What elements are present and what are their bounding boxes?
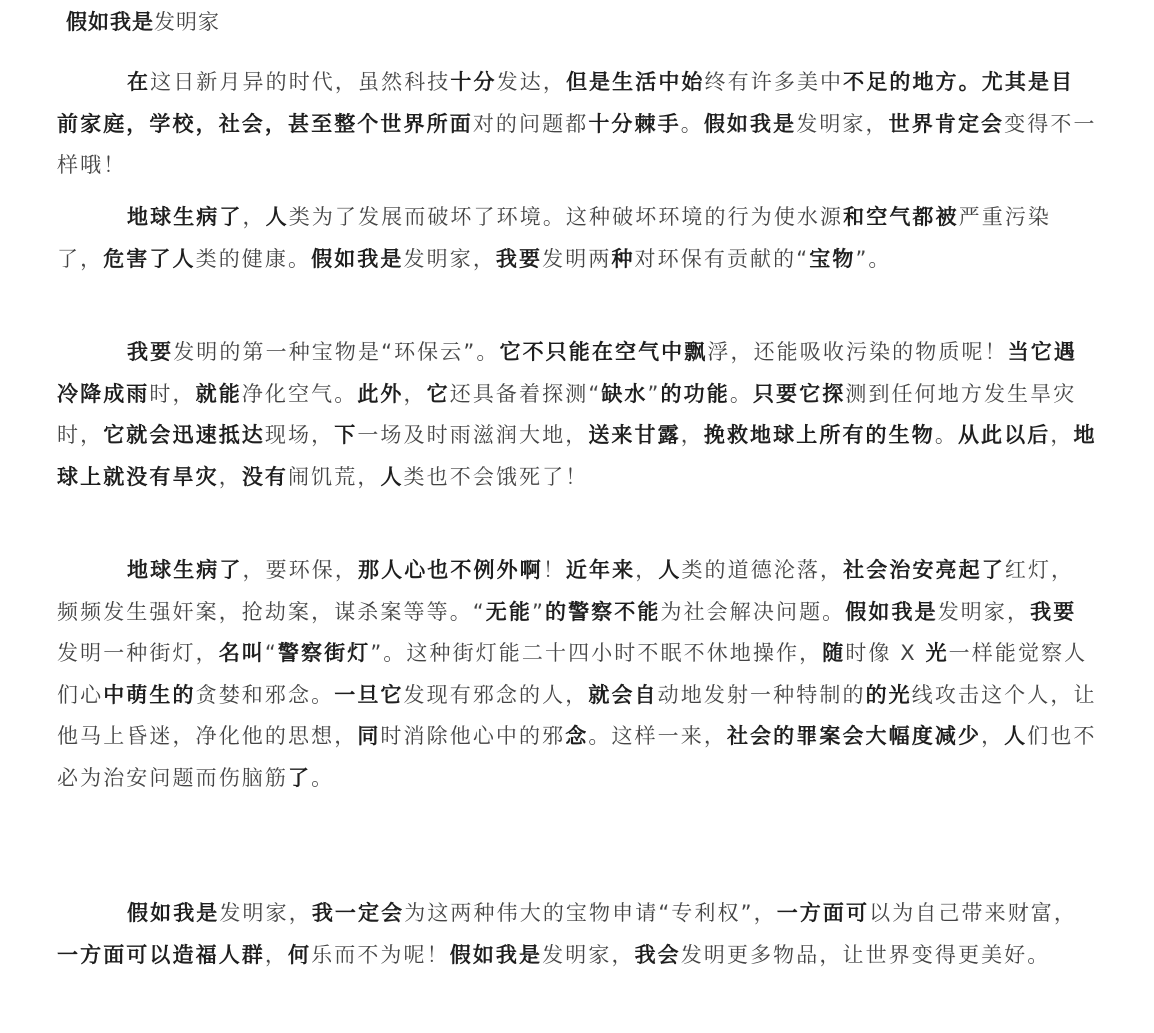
- text-run: ，要环保，: [243, 558, 359, 582]
- bold-text-run: 它: [427, 382, 450, 406]
- bold-text-run: 它就会迅速抵达: [103, 423, 265, 447]
- text-run: 发明两: [542, 247, 611, 271]
- bold-text-run: 十分棘手: [588, 112, 680, 136]
- bold-text-run: 只要它探: [753, 382, 845, 406]
- text-run: ，: [611, 943, 634, 967]
- bold-text-run: 假如我是: [66, 10, 154, 34]
- paragraph-5: 假如我是发明家，我一定会为这两种伟大的宝物申请“专利权”，一方面可以为自己带来财…: [57, 893, 1097, 976]
- text-run: 闹饥荒，: [288, 465, 380, 489]
- text-run: “: [588, 382, 601, 406]
- text-run: ”。: [855, 247, 891, 271]
- document-title: 假如我是发明家: [66, 8, 220, 36]
- bold-text-run: 那人心也不例外啊: [358, 558, 543, 582]
- text-run: 为这两种伟大的宝物申请“专利权”，: [404, 901, 776, 925]
- text-run: ，: [404, 382, 427, 406]
- bold-text-run: 一方面可以造福人群: [57, 943, 265, 967]
- paragraph-1: 在这日新月异的时代，虽然科技十分发达，但是生活中始终有许多美中不足的地方。尤其是…: [57, 62, 1097, 187]
- bold-text-run: 不能: [614, 600, 660, 624]
- text-run: ！: [543, 558, 566, 582]
- text-run: 类也不会饿死了！: [404, 465, 589, 489]
- bold-text-run: 社会的罪案会大幅度减少: [727, 724, 981, 748]
- bold-text-run: 一旦它: [334, 683, 403, 707]
- text-run: ”: [532, 600, 545, 624]
- text-run: 。: [681, 112, 704, 136]
- bold-text-run: 假如我是: [845, 600, 937, 624]
- bold-text-run: 和空气都被: [843, 205, 959, 229]
- paragraph-4: 地球生病了，要环保，那人心也不例外啊！近年来，人类的道德沦落，社会治安亮起了红灯…: [57, 550, 1097, 799]
- text-run: 发明一种街灯，: [57, 641, 219, 665]
- text-run: 家: [588, 943, 611, 967]
- bold-text-run: 就会自: [588, 683, 657, 707]
- text-run: 类的健康。: [196, 247, 312, 271]
- bold-text-run: 它不只能在空气中飘: [499, 340, 707, 364]
- bold-text-run: 我要: [496, 247, 542, 271]
- bold-text-run: 光: [926, 641, 949, 665]
- bold-text-run: 人: [1004, 724, 1027, 748]
- bold-text-run: 警察街: [278, 641, 347, 665]
- text-run: 净化空气。: [242, 382, 358, 406]
- text-run: 还具备着探测: [450, 382, 589, 406]
- bold-text-run: 下: [334, 423, 357, 447]
- text-run: 现场，: [265, 423, 334, 447]
- bold-text-run: 缺水: [601, 382, 647, 406]
- bold-text-run: 可: [846, 901, 869, 925]
- text-run: 发现有邪念的人，: [404, 683, 589, 707]
- text-run: ，: [635, 558, 658, 582]
- bold-text-run: 我一定会: [312, 901, 404, 925]
- bold-text-run: 我要: [127, 340, 173, 364]
- text-run: 动地发射一种特制的: [658, 683, 866, 707]
- text-run: 发明家，: [219, 901, 311, 925]
- bold-text-run: 一方面: [777, 901, 846, 925]
- bold-text-run: 无能: [486, 600, 532, 624]
- text-run: “: [265, 641, 278, 665]
- text-run: 对环保有贡献的“: [635, 247, 810, 271]
- text-run: 浮，还能吸收: [707, 340, 846, 364]
- bold-text-run: 人: [380, 465, 403, 489]
- text-run: ”。这种街灯能二十四小时不眠不休地操作，: [370, 641, 822, 665]
- bold-text-run: 种: [611, 247, 634, 271]
- text-run: 一场及时雨滋润大地，: [357, 423, 588, 447]
- bold-text-run: 十分: [450, 70, 496, 94]
- text-run: 终有许多美中: [705, 70, 844, 94]
- text-run: ，: [219, 465, 242, 489]
- bold-text-run: 假如我是: [311, 247, 403, 271]
- bold-text-run: 的功能: [661, 382, 730, 406]
- text-run: 发明家，: [796, 112, 888, 136]
- text-run: ，: [681, 423, 704, 447]
- text-run: 乐而不为呢！: [311, 943, 450, 967]
- text-run: 类的道德沦落，: [681, 558, 843, 582]
- text-run: 。: [311, 766, 334, 790]
- bold-text-run: 世界肯定会: [889, 112, 1005, 136]
- text-run: 污染的物质呢！: [846, 340, 1008, 364]
- bold-text-run: 社会治安亮起了: [843, 558, 1005, 582]
- text-run: 发明家，: [404, 247, 496, 271]
- bold-text-run: 但是生活中始: [566, 70, 705, 94]
- bold-text-run: 挽救地球上所有的生物: [704, 423, 935, 447]
- bold-text-run: 了: [288, 766, 311, 790]
- bold-text-run: 同: [357, 724, 380, 748]
- bold-text-run: 的光: [866, 683, 912, 707]
- bold-text-run: 假如我是: [450, 943, 542, 967]
- text-run: 。: [935, 423, 958, 447]
- bold-text-run: 近年来: [566, 558, 635, 582]
- paragraph-3: 我要发明的第一种宝物是“环保云”。它不只能在空气中飘浮，还能吸收污染的物质呢！当…: [57, 332, 1097, 498]
- bold-text-run: 宝物: [809, 247, 855, 271]
- bold-text-run: 在: [127, 70, 150, 94]
- bold-text-run: 名叫: [219, 641, 265, 665]
- bold-text-run: 从此以后: [958, 423, 1050, 447]
- bold-text-run: 中萌生的: [103, 683, 195, 707]
- text-run: ，: [1050, 423, 1073, 447]
- bold-text-run: 随: [822, 641, 845, 665]
- bold-text-run: 送来甘露: [588, 423, 680, 447]
- bold-text-run: 假如我是: [704, 112, 796, 136]
- text-run: ，: [265, 943, 288, 967]
- text-run: 发明更多物品，让世界变得更美好。: [681, 943, 1051, 967]
- text-run: ，: [243, 205, 266, 229]
- paragraph-2: 地球生病了，人类为了发展而破坏了环境。这种破坏环境的行为使水源和空气都被严重污染…: [57, 197, 1097, 280]
- text-run: 对的问题都: [473, 112, 589, 136]
- text-run: 类为了发展而破坏了环境。这种破坏环境的行为使水源: [289, 205, 843, 229]
- text-run: ”: [648, 382, 661, 406]
- bold-text-run: 我要: [1030, 600, 1076, 624]
- bold-text-run: 上就没有旱灾: [80, 465, 219, 489]
- text-run: 为社会解决问题。: [660, 600, 845, 624]
- bold-text-run: 假如我是: [127, 901, 219, 925]
- bold-text-run: 地球生病了: [127, 205, 243, 229]
- bold-text-run: 没有: [242, 465, 288, 489]
- text-run: 贪婪和邪念。: [196, 683, 335, 707]
- text-run: 发达，: [497, 70, 566, 94]
- text-run: 时消除他心中的邪: [380, 724, 565, 748]
- bold-text-run: 灯: [347, 641, 370, 665]
- bold-text-run: 地球生病了: [127, 558, 243, 582]
- text-run: 发明: [542, 943, 588, 967]
- bold-text-run: 就能: [196, 382, 242, 406]
- bold-text-run: 我会: [635, 943, 681, 967]
- text-run: 以为自己带来财富，: [869, 901, 1077, 925]
- bold-text-run: 危害了人: [103, 247, 195, 271]
- bold-text-run: 人: [266, 205, 289, 229]
- bold-text-run: 念: [565, 724, 588, 748]
- bold-text-run: 此外: [357, 382, 403, 406]
- text-run: 发明家: [154, 10, 220, 34]
- text-run: 发明家，: [938, 600, 1030, 624]
- text-run: 时像 X: [845, 641, 925, 665]
- text-run: 发明的第一种宝物是“环保云”。: [173, 340, 499, 364]
- text-run: 这日新月异的时代，虽然科技: [150, 70, 450, 94]
- bold-text-run: 的警察: [545, 600, 614, 624]
- text-run: 。: [730, 382, 753, 406]
- text-run: ，: [981, 724, 1004, 748]
- bold-text-run: 人: [658, 558, 681, 582]
- bold-text-run: 何: [288, 943, 311, 967]
- text-run: 。这样一来，: [588, 724, 727, 748]
- text-run: 时，: [149, 382, 195, 406]
